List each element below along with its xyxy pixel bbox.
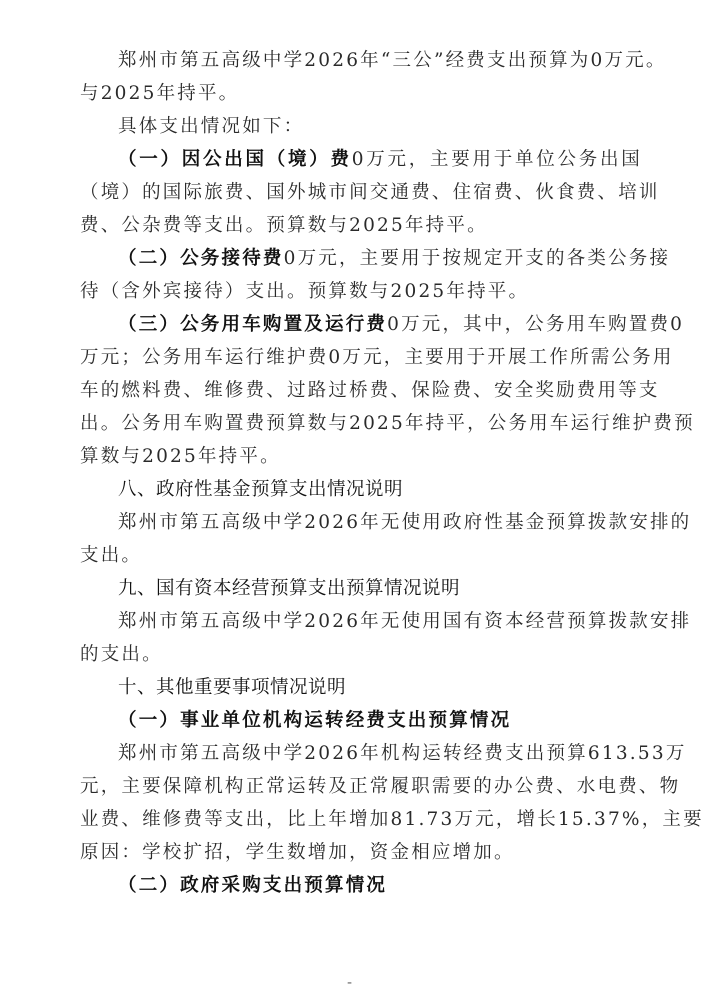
section-heading: 十、其他重要事项情况说明: [80, 671, 642, 704]
paragraph-line: 具体支出情况如下：: [80, 110, 642, 143]
subsection-heading: （二）政府采购支出预算情况: [80, 869, 642, 902]
item-label: （二）公务接待费: [118, 248, 284, 269]
paragraph-line: 车的燃料费、维修费、过路过桥费、保险费、安全奖励费用等支: [80, 374, 642, 407]
paragraph-line: 支出。: [80, 539, 642, 572]
paragraph-line: 费、公杂费等支出。预算数与2025年持平。: [80, 209, 642, 242]
item-text: 0万元，主要用于单位公务出国: [352, 149, 642, 170]
paragraph-line: 出。公务用车购置费预算数与2025年持平，公务用车运行维护费预: [80, 407, 642, 440]
paragraph-line: （境）的国际旅费、国外城市间交通费、住宿费、伙食费、培训: [80, 176, 642, 209]
subsection-heading: （一）事业单位机构运转经费支出预算情况: [80, 704, 642, 737]
item-text: 0万元，主要用于按规定开支的各类公务接: [284, 248, 671, 269]
item-label: （一）因公出国（境）费: [118, 149, 352, 170]
paragraph-line: （三）公务用车购置及运行费0万元，其中，公务用车购置费0: [80, 308, 642, 341]
paragraph-line: 原因：学校扩招，学生数增加，资金相应增加。: [80, 836, 642, 869]
section-heading: 八、政府性基金预算支出情况说明: [80, 473, 642, 506]
paragraph-line: （二）公务接待费0万元，主要用于按规定开支的各类公务接: [80, 242, 642, 275]
paragraph-line: 郑州市第五高级中学2026年无使用国有资本经营预算拨款安排: [80, 605, 642, 638]
section-heading: 九、国有资本经营预算支出预算情况说明: [80, 572, 642, 605]
item-text: 0万元，其中，公务用车购置费0: [387, 314, 684, 335]
document-page: 郑州市第五高级中学2026年“三公”经费支出预算为0万元。 与2025年持平。 …: [80, 44, 642, 902]
paragraph-line: 元，主要保障机构正常运转及正常履职需要的办公费、水电费、物: [80, 770, 642, 803]
paragraph-line: 万元；公务用车运行维护费0万元，主要用于开展工作所需公务用: [80, 341, 642, 374]
paragraph-line: 业费、维修费等支出，比上年增加81.73万元，增长15.37%，主要: [80, 803, 642, 836]
paragraph-line: 郑州市第五高级中学2026年无使用政府性基金预算拨款安排的: [80, 506, 642, 539]
paragraph-line: 与2025年持平。: [80, 77, 642, 110]
paragraph-line: 郑州市第五高级中学2026年机构运转经费支出预算613.53万: [80, 737, 642, 770]
paragraph-line: 算数与2025年持平。: [80, 440, 642, 473]
page-number: -: [347, 975, 352, 991]
paragraph-line: （一）因公出国（境）费0万元，主要用于单位公务出国: [80, 143, 642, 176]
paragraph-line: 待（含外宾接待）支出。预算数与2025年持平。: [80, 275, 642, 308]
item-label: （三）公务用车购置及运行费: [118, 314, 387, 335]
paragraph-line: 的支出。: [80, 638, 642, 671]
paragraph-line: 郑州市第五高级中学2026年“三公”经费支出预算为0万元。: [80, 44, 642, 77]
